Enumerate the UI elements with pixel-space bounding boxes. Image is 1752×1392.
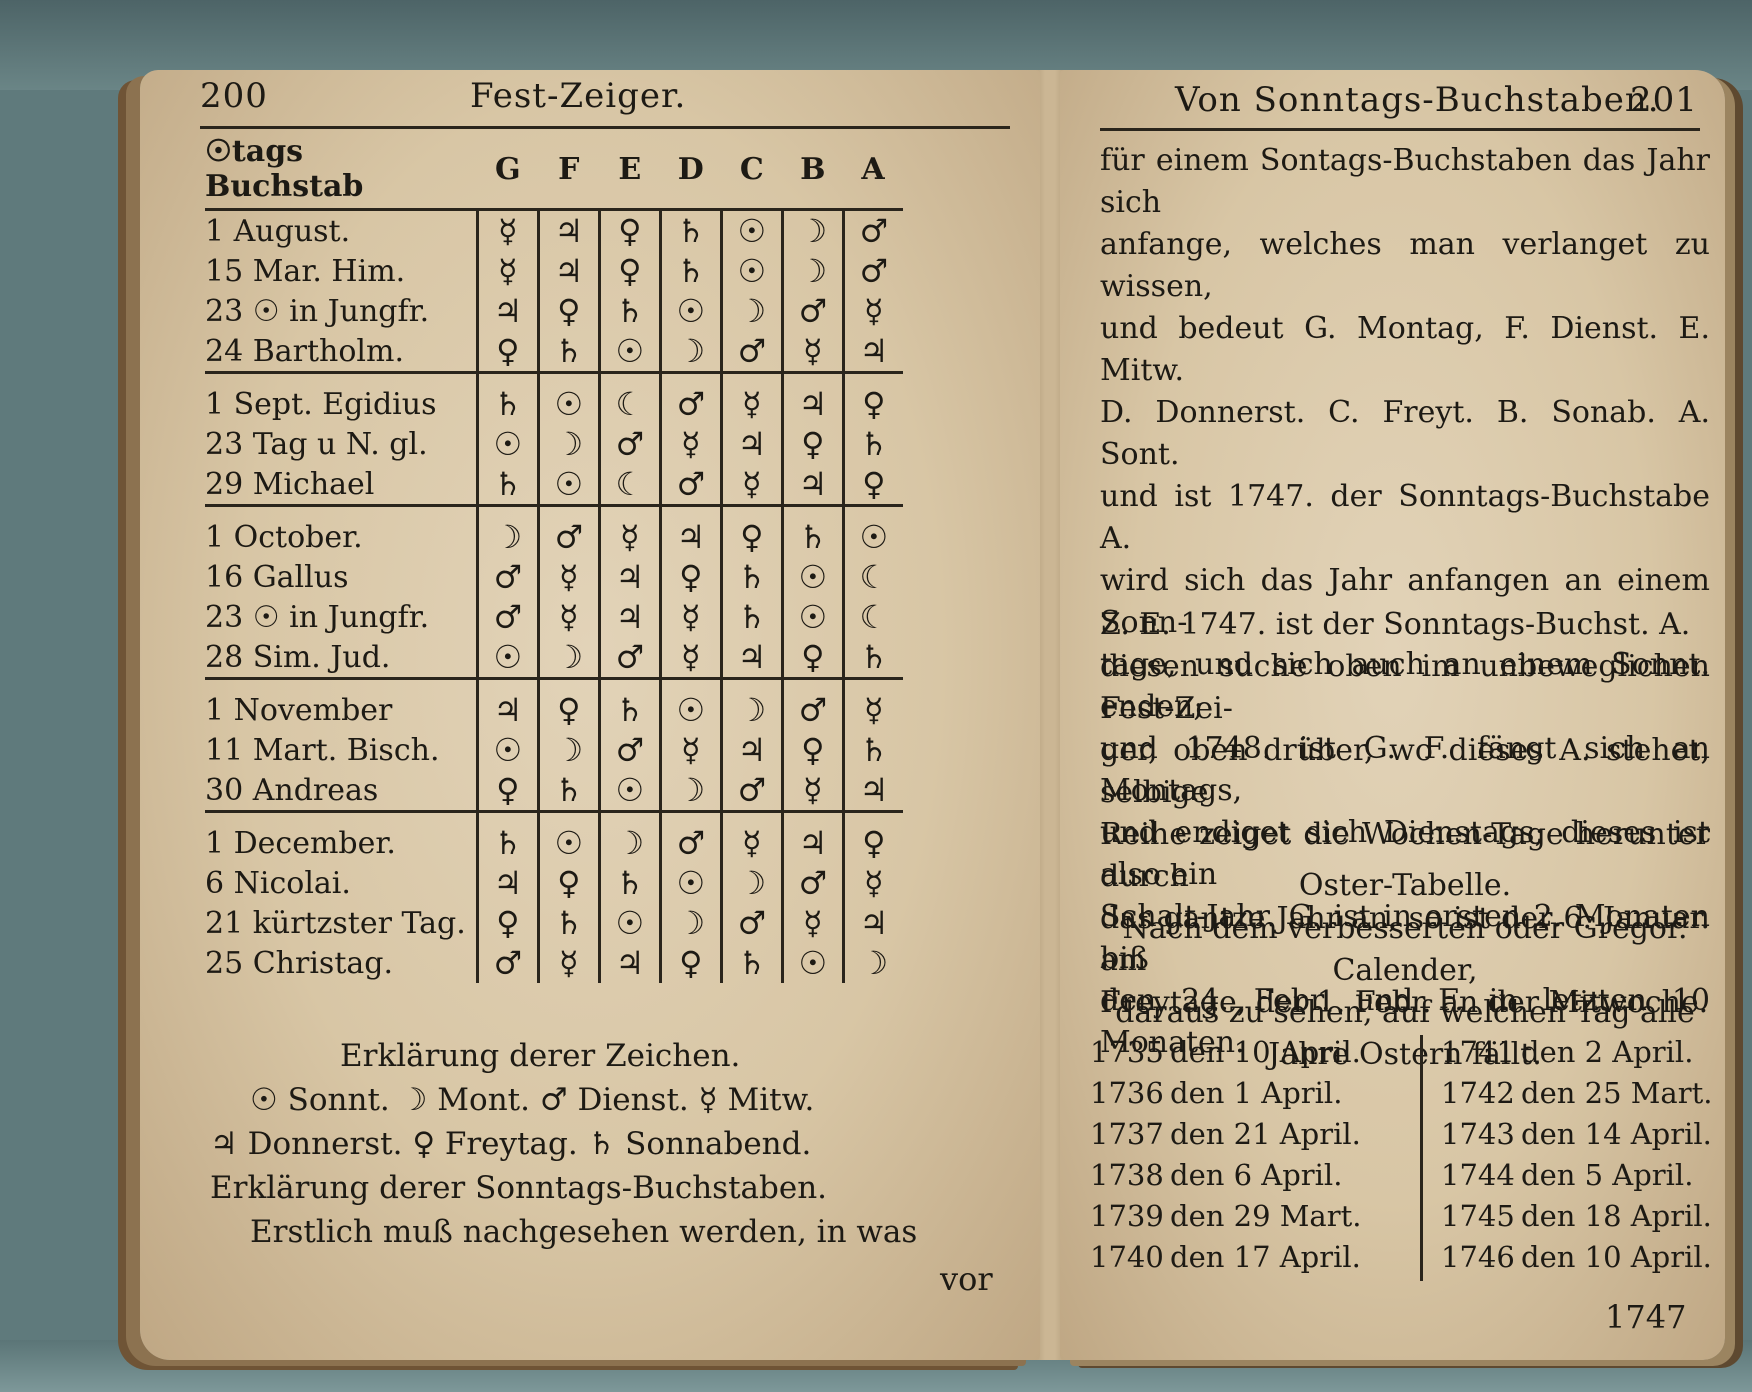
planet-symbol-icon: ♃ [477, 679, 538, 731]
planet-symbol-icon: ♀ [477, 770, 538, 812]
table-body: 1 August.☿♃♀♄☉☽♂15 Mar. Him.☿♃♀♄☉☽♂23 ☉ … [205, 210, 903, 984]
easter-row: 1736den 1 April. [1090, 1076, 1390, 1117]
planet-symbol-icon: ♃ [599, 557, 660, 597]
planet-symbol-icon: ♃ [477, 863, 538, 903]
text-line: diesen suche oben im unbeweglichen Fest-… [1100, 646, 1710, 730]
planet-symbol-icon: ♂ [477, 557, 538, 597]
planet-symbol-icon: ☽ [538, 730, 599, 770]
easter-date: den 21 April. [1170, 1117, 1361, 1151]
planet-symbol-icon: ♄ [477, 373, 538, 425]
text-line: Z. E. 1747. ist der Sonntags-Buchst. A. [1100, 604, 1710, 646]
easter-date: den 2 April. [1521, 1035, 1693, 1069]
planet-symbol-icon: ☉ [782, 597, 843, 637]
easter-row: 1740den 17 April. [1090, 1240, 1390, 1281]
table-row: 30 Andreas♀♄☉☽♂☿♃ [205, 770, 903, 812]
planet-symbol-icon: ☉ [660, 679, 721, 731]
easter-date: den 18 April. [1521, 1199, 1712, 1233]
catchword-left: vor [940, 1260, 993, 1298]
planet-symbol-icon: ♄ [538, 903, 599, 943]
table-row: 24 Bartholm.♀♄☉☽♂☿♃ [205, 331, 903, 373]
planet-symbol-icon: ☉ [660, 291, 721, 331]
planet-symbol-icon: ♄ [843, 730, 903, 770]
feast-day-label: 15 Mar. Him. [205, 251, 477, 291]
feast-day-label: 1 October. [205, 506, 477, 558]
column-header-b: B [782, 130, 843, 210]
planet-symbol-icon: ☿ [660, 424, 721, 464]
planet-symbol-icon: ♄ [843, 424, 903, 464]
easter-date: den 17 April. [1170, 1240, 1361, 1274]
planet-symbol-icon: ♀ [843, 373, 903, 425]
signs-line-2: ♃ Donnerst. ♀ Freytag. ♄ Sonnabend. [210, 1126, 811, 1162]
easter-date: den 10 April. [1170, 1035, 1361, 1069]
planet-symbol-icon: ☿ [538, 597, 599, 637]
planet-symbol-icon: ☿ [660, 637, 721, 679]
planet-symbol-icon: ☽ [599, 812, 660, 864]
table-row: 1 December.♄☉☽♂☿♃♀ [205, 812, 903, 864]
feast-day-label: 24 Bartholm. [205, 331, 477, 373]
easter-row: 1742den 25 Mart. [1441, 1076, 1741, 1117]
planet-symbol-icon: ♄ [721, 597, 782, 637]
table-row: 11 Mart. Bisch.☉☽♂☿♃♀♄ [205, 730, 903, 770]
feast-day-label: 23 Tag u N. gl. [205, 424, 477, 464]
planet-symbol-icon: ☿ [782, 903, 843, 943]
planet-symbol-icon: ♂ [843, 210, 903, 252]
feast-day-label: 16 Gallus [205, 557, 477, 597]
planet-symbol-icon: ♃ [538, 210, 599, 252]
planet-symbol-icon: ♃ [782, 812, 843, 864]
planet-symbol-icon: ♄ [599, 863, 660, 903]
planet-symbol-icon: ☽ [477, 506, 538, 558]
column-header-f: F [538, 130, 599, 210]
table-row: 1 Sept. Egidius♄☉☾♂☿♃♀ [205, 373, 903, 425]
easter-row: 1739den 29 Mart. [1090, 1199, 1390, 1240]
planet-symbol-icon: ♀ [599, 210, 660, 252]
feast-day-label: 28 Sim. Jud. [205, 637, 477, 679]
planet-symbol-icon: ♄ [538, 331, 599, 373]
planet-symbol-icon: ♃ [660, 506, 721, 558]
easter-row: 1744den 5 April. [1441, 1158, 1741, 1199]
easter-date: den 14 April. [1521, 1117, 1712, 1151]
planet-symbol-icon: ♀ [782, 637, 843, 679]
page-number-left: 200 [200, 76, 268, 116]
feast-day-label: 21 kürtzster Tag. [205, 903, 477, 943]
easter-date: den 1 April. [1170, 1076, 1342, 1110]
planet-symbol-icon: ♀ [721, 506, 782, 558]
planet-symbol-icon: ☉ [477, 424, 538, 464]
planet-symbol-icon: ♃ [599, 943, 660, 983]
easter-year: 1745 [1441, 1199, 1521, 1233]
planet-symbol-icon: ☿ [843, 679, 903, 731]
easter-column-right: 1741den 2 April.1742den 25 Mart.1743den … [1420, 1035, 1741, 1281]
planet-symbol-icon: ☿ [782, 331, 843, 373]
easter-year: 1740 [1090, 1240, 1170, 1274]
easter-year: 1743 [1441, 1117, 1521, 1151]
planet-symbol-icon: ♃ [843, 331, 903, 373]
right-page: Von Sonntags-Buchstaben. 201 für einem S… [1060, 70, 1725, 1360]
planet-symbol-icon: ☉ [538, 373, 599, 425]
planet-symbol-icon: ♄ [843, 637, 903, 679]
planet-symbol-icon: ☉ [721, 251, 782, 291]
planet-symbol-icon: ♂ [843, 251, 903, 291]
planet-symbol-icon: ♃ [782, 464, 843, 506]
planet-symbol-icon: ♂ [782, 679, 843, 731]
easter-year: 1738 [1090, 1158, 1170, 1192]
planet-symbol-icon: ♀ [660, 557, 721, 597]
running-head-right: Von Sonntags-Buchstaben. [1175, 80, 1660, 120]
text-line: ger, oben drüber, wo dieses A. stehet, s… [1100, 730, 1710, 814]
column-header-e: E [599, 130, 660, 210]
easter-date: den 29 Mart. [1170, 1199, 1361, 1233]
planet-symbol-icon: ♀ [538, 291, 599, 331]
table-row: 23 Tag u N. gl.☉☽♂☿♃♀♄ [205, 424, 903, 464]
planet-symbol-icon: ♀ [538, 863, 599, 903]
planet-symbol-icon: ♀ [782, 730, 843, 770]
left-page: 200 Fest-Zeiger. ☉tags Buchstab G F E D … [140, 70, 1040, 1360]
table-row: 25 Christag.♂☿♃♀♄☉☽ [205, 943, 903, 983]
column-header-d: D [660, 130, 721, 210]
planet-symbol-icon: ♂ [782, 291, 843, 331]
planet-symbol-icon: ♂ [599, 730, 660, 770]
signs-line-1: ☉ Sonnt. ☽ Mont. ♂ Dienst. ☿ Mitw. [250, 1082, 814, 1118]
planet-symbol-icon: ☿ [843, 863, 903, 903]
planet-symbol-icon: ☿ [843, 291, 903, 331]
planet-symbol-icon: ☉ [538, 812, 599, 864]
planet-symbol-icon: ♃ [721, 424, 782, 464]
open-book: 200 Fest-Zeiger. ☉tags Buchstab G F E D … [110, 70, 1730, 1370]
table-row: 6 Nicolai.♃♀♄☉☽♂☿ [205, 863, 903, 903]
planet-symbol-icon: ♄ [477, 464, 538, 506]
easter-column-left: 1735den 10 April.1736den 1 April.1737den… [1090, 1035, 1390, 1281]
planet-symbol-icon: ♂ [538, 506, 599, 558]
planet-symbol-icon: ♂ [599, 424, 660, 464]
column-header-a: A [843, 130, 903, 210]
header-label: ☉tags Buchstab [205, 130, 477, 210]
planet-symbol-icon: ☉ [477, 730, 538, 770]
planet-symbol-icon: ♄ [660, 210, 721, 252]
planet-symbol-icon: ♃ [477, 291, 538, 331]
table-row: 23 ☉ in Jungfr.♃♀♄☉☽♂☿ [205, 291, 903, 331]
planet-symbol-icon: ♄ [599, 679, 660, 731]
planet-symbol-icon: ♂ [721, 331, 782, 373]
planet-symbol-icon: ☿ [599, 506, 660, 558]
planet-symbol-icon: ☉ [599, 331, 660, 373]
feast-day-label: 1 December. [205, 812, 477, 864]
text-line: daraus zu sehen, auf welchen Tag alle [1100, 992, 1710, 1034]
planet-symbol-icon: ☾ [843, 597, 903, 637]
planet-symbol-icon: ☾ [599, 373, 660, 425]
easter-date: den 25 Mart. [1521, 1076, 1712, 1110]
planet-symbol-icon: ☽ [782, 251, 843, 291]
planet-symbol-icon: ☽ [721, 679, 782, 731]
fest-zeiger-table: ☉tags Buchstab G F E D C B A 1 August.☿♃… [205, 130, 903, 983]
header-rule [200, 126, 1010, 129]
planet-symbol-icon: ☿ [721, 464, 782, 506]
planet-symbol-icon: ♀ [477, 331, 538, 373]
table-row: 1 August.☿♃♀♄☉☽♂ [205, 210, 903, 252]
planet-symbol-icon: ♂ [477, 597, 538, 637]
easter-row: 1746den 10 April. [1441, 1240, 1741, 1281]
easter-row: 1737den 21 April. [1090, 1117, 1390, 1158]
planet-symbol-icon: ☽ [538, 424, 599, 464]
letters-heading: Erklärung derer Sonntags-Buchstaben. [210, 1170, 827, 1206]
planet-symbol-icon: ☽ [660, 903, 721, 943]
feast-day-label: 25 Christag. [205, 943, 477, 983]
easter-year: 1735 [1090, 1035, 1170, 1069]
planet-symbol-icon: ♃ [538, 251, 599, 291]
feast-day-label: 1 August. [205, 210, 477, 252]
column-header-c: C [721, 130, 782, 210]
planet-symbol-icon: ♂ [660, 373, 721, 425]
planet-symbol-icon: ☽ [843, 943, 903, 983]
feast-day-label: 23 ☉ in Jungfr. [205, 291, 477, 331]
easter-year: 1737 [1090, 1117, 1170, 1151]
planet-symbol-icon: ☽ [538, 637, 599, 679]
planet-symbol-icon: ☽ [660, 331, 721, 373]
table-row: 23 ☉ in Jungfr.♂☿♃☿♄☉☾ [205, 597, 903, 637]
planet-symbol-icon: ☿ [660, 730, 721, 770]
planet-symbol-icon: ☿ [660, 597, 721, 637]
feast-day-label: 29 Michael [205, 464, 477, 506]
text-line: und bedeut G. Montag, F. Dienst. E. Mitw… [1100, 308, 1710, 392]
easter-year: 1742 [1441, 1076, 1521, 1110]
easter-row: 1743den 14 April. [1441, 1117, 1741, 1158]
planet-symbol-icon: ☿ [538, 943, 599, 983]
planet-symbol-icon: ☉ [782, 557, 843, 597]
planet-symbol-icon: ☉ [477, 637, 538, 679]
easter-row: 1735den 10 April. [1090, 1035, 1390, 1076]
planet-symbol-icon: ☉ [599, 770, 660, 812]
planet-symbol-icon: ♄ [477, 812, 538, 864]
table-row: 1 November♃♀♄☉☽♂☿ [205, 679, 903, 731]
feast-day-label: 6 Nicolai. [205, 863, 477, 903]
text-line: anfange, welches man verlanget zu wissen… [1100, 224, 1710, 308]
planet-symbol-icon: ☉ [660, 863, 721, 903]
table-row: 28 Sim. Jud.☉☽♂☿♃♀♄ [205, 637, 903, 679]
text-line: Nach dem verbesserten oder Gregor. Calen… [1100, 908, 1710, 992]
planet-symbol-icon: ☽ [660, 770, 721, 812]
planet-symbol-icon: ☿ [782, 770, 843, 812]
table-row: 21 kürtzster Tag.♀♄☉☽♂☿♃ [205, 903, 903, 943]
table-row: 16 Gallus♂☿♃♀♄☉☾ [205, 557, 903, 597]
planet-symbol-icon: ♄ [721, 943, 782, 983]
easter-date: den 10 April. [1521, 1240, 1712, 1274]
easter-row: 1741den 2 April. [1441, 1035, 1741, 1076]
planet-symbol-icon: ♂ [721, 770, 782, 812]
planet-symbol-icon: ♄ [660, 251, 721, 291]
easter-row: 1738den 6 April. [1090, 1158, 1390, 1199]
planet-symbol-icon: ♄ [599, 291, 660, 331]
planet-symbol-icon: ♀ [538, 679, 599, 731]
header-rule-right [1100, 128, 1700, 131]
planet-symbol-icon: ♃ [782, 373, 843, 425]
planet-symbol-icon: ♀ [782, 424, 843, 464]
planet-symbol-icon: ☽ [721, 863, 782, 903]
table-header-row: ☉tags Buchstab G F E D C B A [205, 130, 903, 210]
feast-day-label: 11 Mart. Bisch. [205, 730, 477, 770]
letters-text: Erstlich muß nachgesehen werden, in was [250, 1214, 917, 1250]
planet-symbol-icon: ☾ [599, 464, 660, 506]
planet-symbol-icon: ♂ [477, 943, 538, 983]
text-line: D. Donnerst. C. Freyt. B. Sonab. A. Sont… [1100, 392, 1710, 476]
easter-row: 1745den 18 April. [1441, 1199, 1741, 1240]
planet-symbol-icon: ☿ [477, 251, 538, 291]
planet-symbol-icon: ☽ [782, 210, 843, 252]
table-row: 1 October.☽♂☿♃♀♄☉ [205, 506, 903, 558]
easter-year: 1739 [1090, 1199, 1170, 1233]
planet-symbol-icon: ♃ [599, 597, 660, 637]
easter-year: 1741 [1441, 1035, 1521, 1069]
signs-heading: Erklärung derer Zeichen. [340, 1038, 740, 1074]
text-line: und ist 1747. der Sonntags-Buchstabe A. [1100, 476, 1710, 560]
table-row: 29 Michael♄☉☾♂☿♃♀ [205, 464, 903, 506]
planet-symbol-icon: ☿ [538, 557, 599, 597]
planet-symbol-icon: ♃ [721, 637, 782, 679]
planet-symbol-icon: ♃ [843, 903, 903, 943]
planet-symbol-icon: ♃ [721, 730, 782, 770]
page-number-right: 201 [1630, 80, 1698, 120]
planet-symbol-icon: ♂ [782, 863, 843, 903]
planet-symbol-icon: ☉ [599, 903, 660, 943]
easter-date: den 5 April. [1521, 1158, 1693, 1192]
feast-day-label: 23 ☉ in Jungfr. [205, 597, 477, 637]
planet-symbol-icon: ♀ [477, 903, 538, 943]
planet-symbol-icon: ☿ [477, 210, 538, 252]
easter-heading: Oster-Tabelle. [1100, 865, 1710, 907]
planet-symbol-icon: ♂ [660, 464, 721, 506]
easter-year: 1746 [1441, 1240, 1521, 1274]
planet-symbol-icon: ♄ [721, 557, 782, 597]
easter-year: 1736 [1090, 1076, 1170, 1110]
planet-symbol-icon: ☉ [782, 943, 843, 983]
feast-day-label: 30 Andreas [205, 770, 477, 812]
planet-symbol-icon: ☿ [721, 812, 782, 864]
planet-symbol-icon: ☉ [843, 506, 903, 558]
feast-day-label: 1 Sept. Egidius [205, 373, 477, 425]
planet-symbol-icon: ♂ [721, 903, 782, 943]
column-header-g: G [477, 130, 538, 210]
easter-date: den 6 April. [1170, 1158, 1342, 1192]
planet-symbol-icon: ☿ [721, 373, 782, 425]
planet-symbol-icon: ♂ [660, 812, 721, 864]
feast-day-label: 1 November [205, 679, 477, 731]
planet-symbol-icon: ♃ [843, 770, 903, 812]
planet-symbol-icon: ♀ [599, 251, 660, 291]
catchword-right: 1747 [1605, 1298, 1686, 1336]
text-line: für einem Sontags-Buchstaben das Jahr si… [1100, 140, 1710, 224]
planet-symbol-icon: ♀ [843, 464, 903, 506]
planet-symbol-icon: ♀ [843, 812, 903, 864]
planet-symbol-icon: ♄ [538, 770, 599, 812]
planet-symbol-icon: ☉ [721, 210, 782, 252]
running-head-left: Fest-Zeiger. [470, 76, 686, 116]
planet-symbol-icon: ☾ [843, 557, 903, 597]
planet-symbol-icon: ☉ [538, 464, 599, 506]
planet-symbol-icon: ♄ [782, 506, 843, 558]
planet-symbol-icon: ♂ [599, 637, 660, 679]
planet-symbol-icon: ♀ [660, 943, 721, 983]
easter-year: 1744 [1441, 1158, 1521, 1192]
planet-symbol-icon: ☽ [721, 291, 782, 331]
table-row: 15 Mar. Him.☿♃♀♄☉☽♂ [205, 251, 903, 291]
